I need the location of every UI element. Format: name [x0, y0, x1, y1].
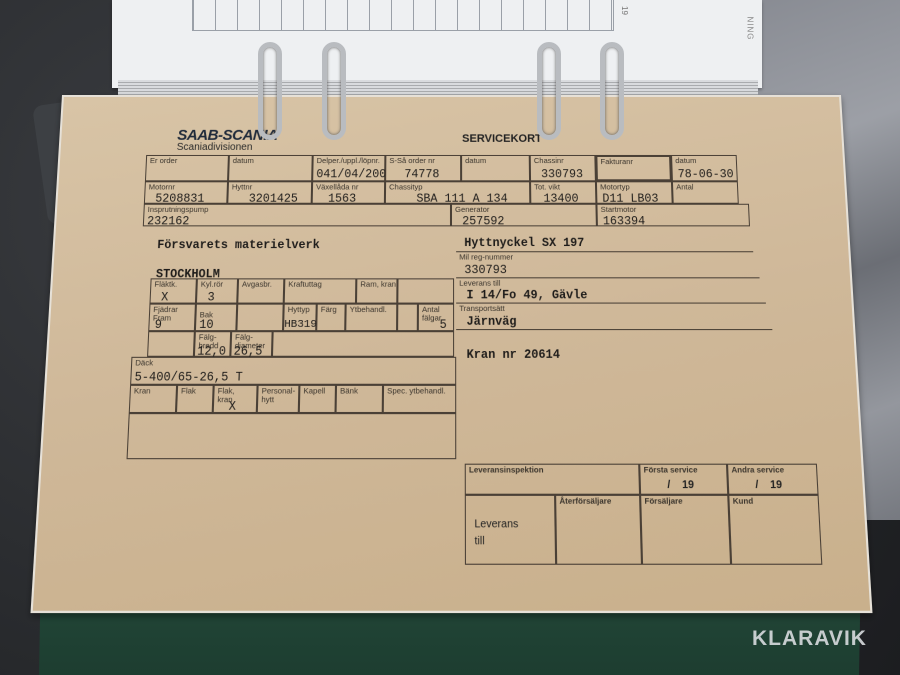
binder-ring — [537, 42, 561, 140]
equip-empty — [397, 278, 454, 303]
kund-cell: Kund — [728, 495, 822, 565]
body-spec-ytbehandl: Spec. ytbehandl. — [383, 385, 456, 413]
equip-ram-kran: Ram, kran — [356, 278, 398, 303]
equip-avgasbr: Avgasbr. — [237, 278, 284, 303]
mil-reg-label: Mil reg-nummer — [459, 253, 513, 261]
datum-cell: datum — [228, 155, 313, 181]
equip-flakt: Fläktk. X — [149, 278, 196, 303]
equip-hyttyp: Hyttyp HB319 — [283, 304, 317, 332]
vaxellada-cell: Växellåda nr 1563 — [312, 181, 385, 203]
ss-order-cell: S-Så order nr 74778 — [385, 155, 461, 181]
divider — [456, 329, 772, 330]
body-personalhytt: Personal-hytt — [257, 385, 300, 413]
equip-empty5 — [272, 331, 454, 357]
divider — [456, 277, 759, 278]
andra-service-cell: Andra service / 19 — [727, 464, 819, 495]
binder-ring — [258, 42, 282, 140]
forsaljare-cell: Försäljare — [640, 495, 731, 565]
equip-antal-falgar: Antal fälgar 5 — [418, 304, 454, 332]
leverans-till-value: I 14/Fo 49, Gävle — [466, 289, 587, 303]
leveransinspektion-cell: Leveransinspektion — [465, 464, 640, 495]
antal-cell: Antal — [672, 181, 739, 203]
equip-empty4 — [147, 331, 195, 357]
insprutningspump-cell: Insprutningspump 232162 — [143, 204, 451, 227]
er-order-cell: Er order — [145, 155, 229, 181]
page-stack — [118, 80, 758, 96]
body-kapell: Kapell — [299, 385, 336, 413]
equip-bak: Bak 10 — [195, 304, 237, 332]
binder-ring — [322, 42, 346, 140]
division-label: Scaniadivisionen — [177, 142, 253, 153]
fakturanr-cell: Fakturanr — [595, 155, 672, 181]
motornr-cell: Motornr 5208831 — [144, 181, 228, 203]
equip-kraftuttag: Kraftuttag — [284, 278, 357, 303]
mil-reg-value: 330793 — [464, 264, 507, 278]
body-flak: Flak — [176, 385, 214, 413]
grid-label: 19 — [620, 6, 629, 15]
equip-empty2 — [236, 304, 283, 332]
equip-falgdiameter: Fälg-diameter 26,5 — [230, 331, 272, 357]
leverans-till-cell: Leverans till — [465, 495, 556, 565]
kran-nr-note: Kran nr 20614 — [467, 348, 560, 362]
watermark-logo: KLARAVIK — [752, 627, 867, 651]
motortyp-cell: Motortyp D11 LB03 — [596, 181, 673, 203]
side-label: NING — [746, 17, 755, 41]
chassinr-cell: Chassinr 330793 — [530, 155, 596, 181]
delper-cell: Delper./uppl./löpnr. 041/04/200 — [312, 155, 385, 181]
equip-farg: Färg — [316, 304, 345, 332]
chassityp-cell: Chassityp SBA 111 A 134 — [385, 181, 530, 203]
customer-name: Försvarets materielverk — [157, 239, 320, 252]
generator-cell: Generator 257592 — [451, 204, 597, 227]
hyttnr-cell: Hyttnr 3201425 — [227, 181, 312, 203]
body-bank: Bänk — [336, 385, 384, 413]
equip-fjadrar-fram: Fjädrar Fram 9 — [148, 304, 196, 332]
card-title: SERVICEKORT — [462, 133, 542, 145]
equip-falgbredd: Fälg-bredd 12,0 — [194, 331, 231, 357]
startmotor-cell: Startmotor 163394 — [596, 204, 750, 227]
notes-area — [127, 413, 457, 459]
top-page: 19 NING — [112, 0, 762, 88]
equip-kylror: Kyl.rör 3 — [196, 278, 238, 303]
grid-table — [192, 0, 614, 31]
transportsatt-label: Transportsätt — [459, 305, 504, 313]
tyre-cell: Däck 5-400/65-26,5 T — [130, 357, 456, 385]
hyttnyckel-note: Hyttnyckel SX 197 — [464, 237, 584, 250]
forsta-service-cell: Första service / 19 — [639, 464, 728, 495]
tot-vikt-cell: Tot. vikt 13400 — [530, 181, 596, 203]
datum2-cell: datum — [461, 155, 530, 181]
leverans-till-label: Leverans till — [459, 279, 500, 287]
datum3-cell: datum 78-06-30 — [671, 155, 738, 181]
body-kran: Kran — [129, 385, 177, 413]
equip-empty3 — [397, 304, 418, 332]
body-flak-kran: Flak, kran X — [213, 385, 258, 413]
service-card: SAAB-SCANIA Scaniadivisionen SERVICEKORT… — [30, 95, 872, 613]
binder-ring — [600, 42, 624, 140]
aterforsaljare-cell: Återförsäljare — [555, 495, 642, 565]
equip-ytbehandl: Ytbehandl. — [345, 304, 397, 332]
transportsatt-value: Järnväg — [466, 315, 516, 329]
